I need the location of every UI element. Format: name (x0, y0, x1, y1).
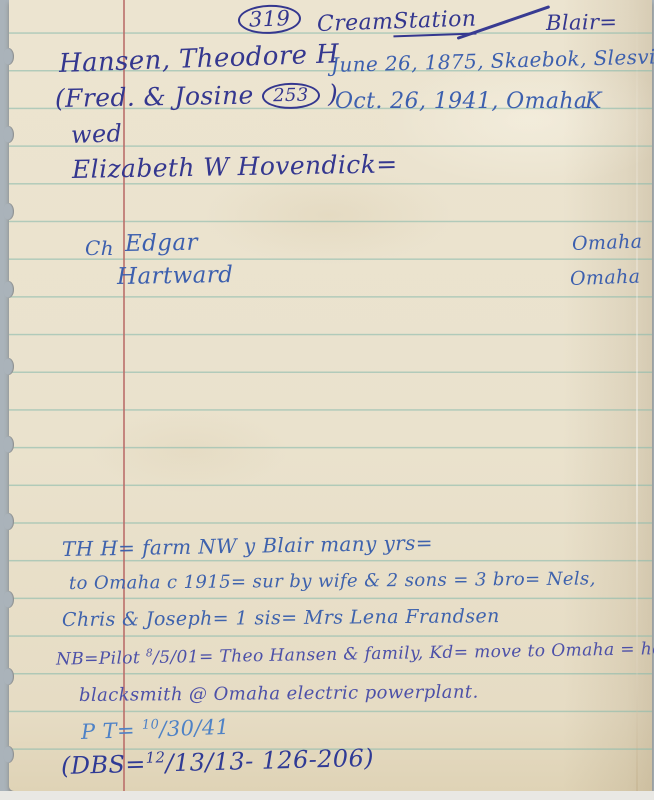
torn-notch (3, 281, 14, 298)
child-place: Omaha (572, 231, 643, 255)
pt-rest: /30/41 (159, 715, 230, 741)
paper-crease (636, 0, 638, 791)
death-flag: K (585, 89, 602, 114)
scanned-page: 319 CreamStation Blair= Hansen, Theodore… (0, 0, 654, 800)
pt-label: P T= (81, 718, 136, 744)
torn-notch (3, 591, 14, 608)
record-number: 319 (249, 6, 291, 31)
record-number-badge: 319 (237, 4, 301, 35)
torn-notch (3, 358, 14, 375)
torn-notch (3, 436, 14, 453)
title-word-cream: Cream (317, 9, 394, 37)
child-place: Omaha (570, 266, 641, 290)
child-name: Edgar (125, 230, 198, 257)
note-line-5: blacksmith @ Omaha electric powerplant. (79, 682, 479, 706)
wed-label: wed (71, 119, 123, 149)
scanner-edge-bottom (0, 791, 654, 800)
dbs-superscript: 12 (145, 748, 165, 767)
death-info: Oct. 26, 1941, Omaha (335, 89, 587, 114)
torn-notch (3, 668, 14, 685)
note-line-3: Chris & Joseph= 1 sis= Mrs Lena Frandsen (62, 605, 500, 631)
parents-ref-badge: 253 (262, 82, 320, 109)
torn-notch (3, 513, 14, 530)
children-label: Ch (85, 236, 114, 260)
margin-line (123, 0, 125, 791)
torn-notch (3, 203, 14, 220)
nb-pre: NB=Pilot (56, 648, 146, 670)
district-name: Blair= (546, 10, 618, 35)
dbs-pre: (DBS= (61, 750, 147, 780)
torn-notch (3, 126, 14, 143)
record-number-oval: 319 (237, 4, 301, 35)
spouse-name: Elizabeth W Hovendick= (72, 149, 398, 184)
parents-ref: 253 (273, 85, 309, 107)
parents-line: (Fred. & Josine 253 ) (55, 79, 339, 113)
parents-open: (Fred. & Josine (55, 81, 254, 113)
record-title: CreamStation (317, 6, 477, 37)
dbs-rest: /13/13- 126-206) (165, 744, 374, 777)
torn-notch (3, 746, 14, 763)
torn-notch (3, 48, 14, 65)
child-name: Hartward (117, 262, 234, 290)
title-word-station: Station (393, 6, 477, 37)
pt-superscript: 10 (142, 717, 160, 733)
notebook-paper: 319 CreamStation Blair= Hansen, Theodore… (9, 0, 652, 791)
